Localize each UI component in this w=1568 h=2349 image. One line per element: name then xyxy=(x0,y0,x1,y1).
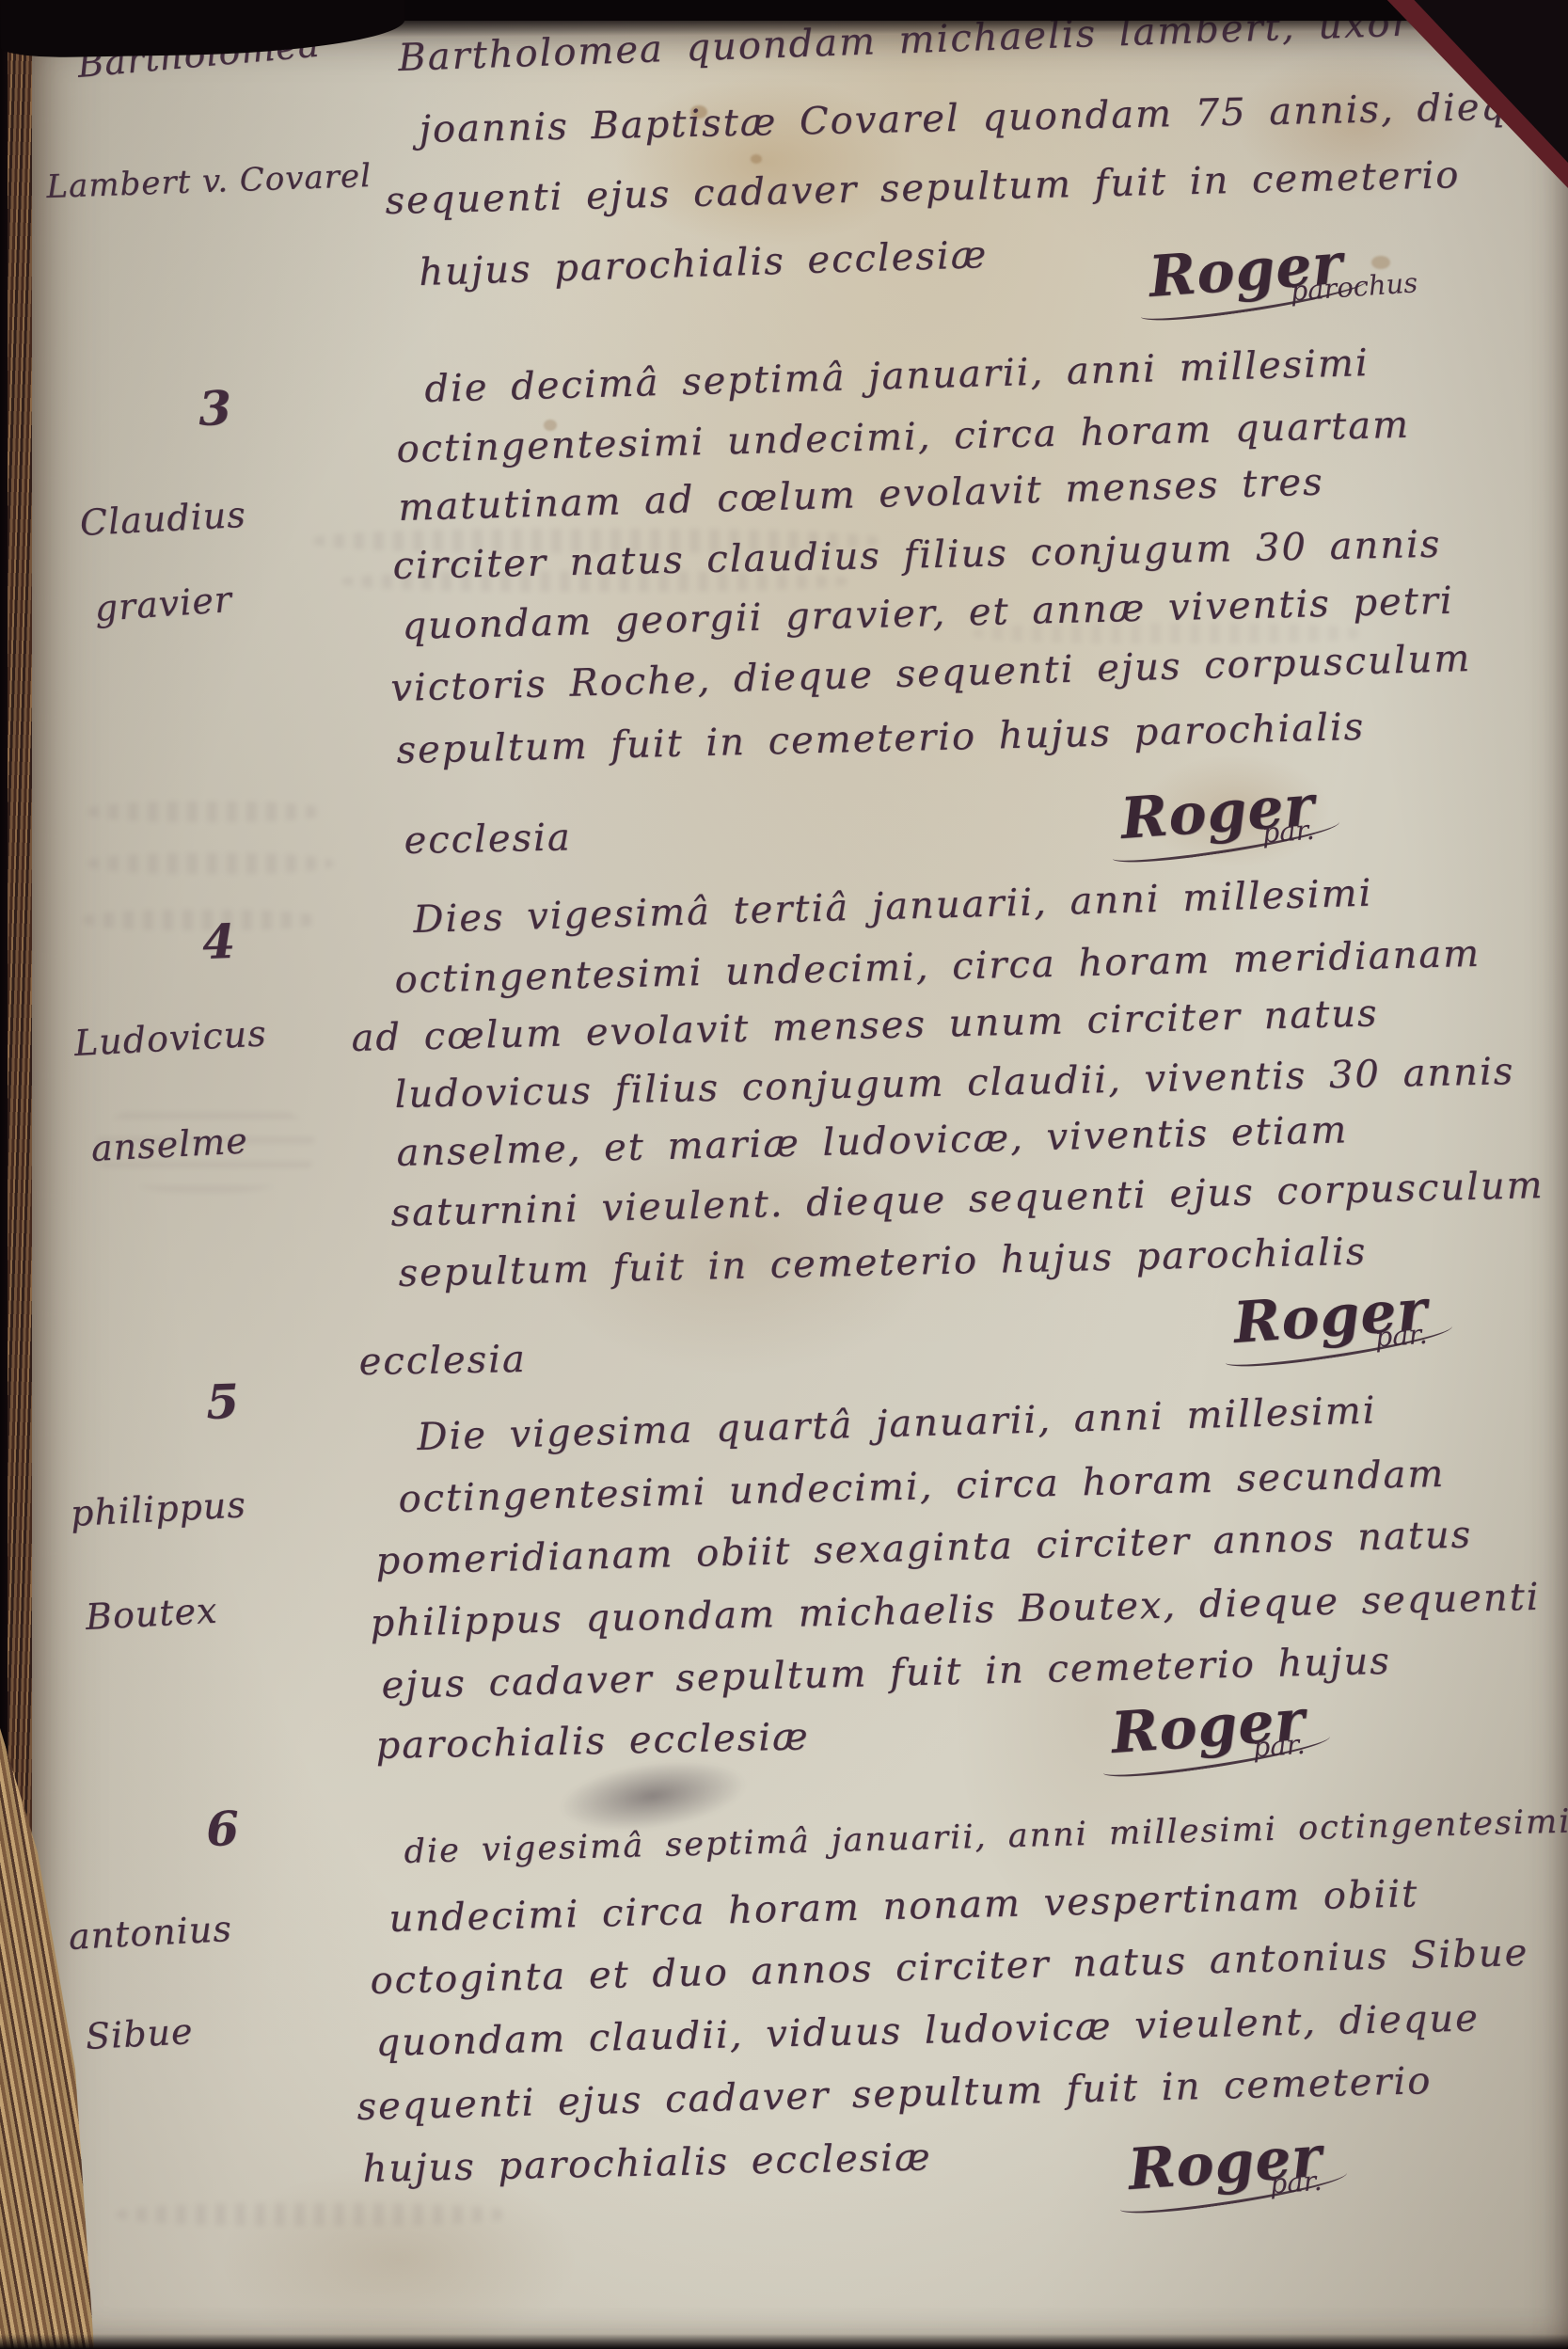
burial-entry: 4LudovicusanselmeDies vigesimâ tertiâ ja… xyxy=(32,21,1568,2349)
priest-signature: Rogerpar. xyxy=(1109,1688,1307,1767)
record-line: ludovicus filius conjugum claudii, viven… xyxy=(394,1053,1514,1114)
burial-entry: 6antoniusSibuedie vigesimâ septimâ janua… xyxy=(32,21,1568,2349)
burial-entry: 5philippusBoutexDie vigesima quartâ janu… xyxy=(32,21,1568,2349)
margin-name: anselme xyxy=(90,1122,249,1167)
record-line: circiter natus claudius filius conjugum … xyxy=(392,526,1441,585)
record-line: octoginta et duo annos circiter natus an… xyxy=(370,1934,1529,2000)
margin-name: Sibue xyxy=(85,2013,194,2055)
record-line: sepultum fuit in cemeterio hujus parochi… xyxy=(398,1233,1368,1293)
signature-name: Roger xyxy=(1126,2124,1324,2203)
record-line: ecclesia xyxy=(404,818,572,860)
record-line: die decimâ septimâ januarii, anni milles… xyxy=(424,344,1370,408)
record-line: sequenti ejus cadaver sepultum fuit in c… xyxy=(385,156,1461,220)
signature-flourish xyxy=(1117,2163,1348,2219)
signature-flourish xyxy=(1101,1726,1331,1783)
record-line: victoris Roche, dieque sequenti ejus cor… xyxy=(390,640,1472,707)
record-line: Dies vigesimâ tertiâ januarii, anni mill… xyxy=(413,875,1373,939)
record-line: octingentesimi undecimi, circa horam sec… xyxy=(398,1455,1446,1518)
signature-name: Roger xyxy=(1231,1278,1430,1357)
signature-title: par. xyxy=(1374,1318,1429,1354)
record-line: quondam claudii, viduus ludovicæ vieulen… xyxy=(375,1999,1480,2062)
priest-signature: Rogerparochus xyxy=(1147,231,1345,310)
margin-name: Lambert v. Covarel xyxy=(46,160,372,203)
signature-title: par. xyxy=(1261,814,1316,849)
signature-title: par. xyxy=(1252,1728,1307,1764)
record-line: anselme, et mariæ ludovicæ, viventis eti… xyxy=(396,1111,1349,1172)
record-line: octingentesimi undecimi, circa horam mer… xyxy=(394,935,1481,999)
entry-number: 4 xyxy=(201,918,237,966)
record-line: hujus parochialis ecclesiæ xyxy=(362,2138,932,2188)
register-entries: BartholomeaLambert v. CovarelBartholomea… xyxy=(32,21,1568,2349)
priest-signature: Rogerpar. xyxy=(1126,2124,1324,2203)
entry-number: 3 xyxy=(198,385,233,433)
signature-title: parochus xyxy=(1290,267,1419,308)
margin-name: philippus xyxy=(70,1486,247,1532)
record-line: philippus quondam michaelis Boutex, dieq… xyxy=(370,1579,1541,1643)
priest-signature: Rogerpar. xyxy=(1231,1278,1430,1357)
burial-entry: 3Claudiusgravierdie decimâ septimâ janua… xyxy=(32,21,1568,2349)
record-line: sepultum fuit in cemeterio hujus parochi… xyxy=(396,708,1366,770)
entry-number: 5 xyxy=(205,1378,241,1426)
record-line: undecimi circa horam nonam vespertinam o… xyxy=(388,1875,1419,1938)
record-line: hujus parochialis ecclesiæ xyxy=(419,236,989,292)
record-line: pomeridianam obiit sexaginta circiter an… xyxy=(375,1516,1473,1580)
record-line: octingentesimi undecimi, circa horam qua… xyxy=(396,406,1410,468)
record-line: die vigesimâ septimâ januarii, anni mill… xyxy=(404,1806,1568,1869)
burial-entry: BartholomeaLambert v. CovarelBartholomea… xyxy=(32,21,1568,2349)
margin-name: gravier xyxy=(93,581,233,627)
record-line: ejus cadaver sepultum fuit in cemeterio … xyxy=(381,1643,1391,1705)
record-line: matutinam ad cœlum evolavit menses tres xyxy=(398,464,1324,527)
margin-name: antonius xyxy=(68,1911,233,1955)
signature-name: Roger xyxy=(1109,1688,1307,1767)
book-bottom-edge xyxy=(0,2334,1568,2349)
record-line: quondam georgii gravier, et annæ viventi… xyxy=(402,582,1454,645)
margin-name: Claudius xyxy=(79,497,247,541)
record-line: ad cœlum evolavit menses unum circiter n… xyxy=(351,994,1379,1057)
record-line: saturnini vieulent. dieque sequenti ejus… xyxy=(390,1167,1544,1232)
margin-name: Ludovicus xyxy=(73,1015,268,1061)
record-line: sequenti ejus cadaver sepultum fuit in c… xyxy=(356,2062,1433,2126)
signature-flourish xyxy=(1223,1316,1453,1373)
entry-number: 6 xyxy=(205,1805,241,1853)
register-page: BartholomeaLambert v. CovarelBartholomea… xyxy=(32,21,1568,2349)
signature-name: Roger xyxy=(1118,773,1317,852)
record-line: parochialis ecclesiæ xyxy=(375,1718,810,1765)
signature-flourish xyxy=(1110,812,1340,868)
record-line: ecclesia xyxy=(358,1341,527,1381)
record-line: joannis Baptistæ Covarel quondam 75 anni… xyxy=(419,87,1558,149)
signature-name: Roger xyxy=(1147,231,1345,310)
margin-name: Boutex xyxy=(85,1593,218,1635)
signature-title: par. xyxy=(1269,2165,1323,2200)
book-photo: BartholomeaLambert v. CovarelBartholomea… xyxy=(0,0,1568,2349)
record-line: Die vigesima quartâ januarii, anni mille… xyxy=(417,1392,1377,1456)
priest-signature: Rogerpar. xyxy=(1118,773,1317,852)
signature-flourish xyxy=(1138,270,1369,326)
